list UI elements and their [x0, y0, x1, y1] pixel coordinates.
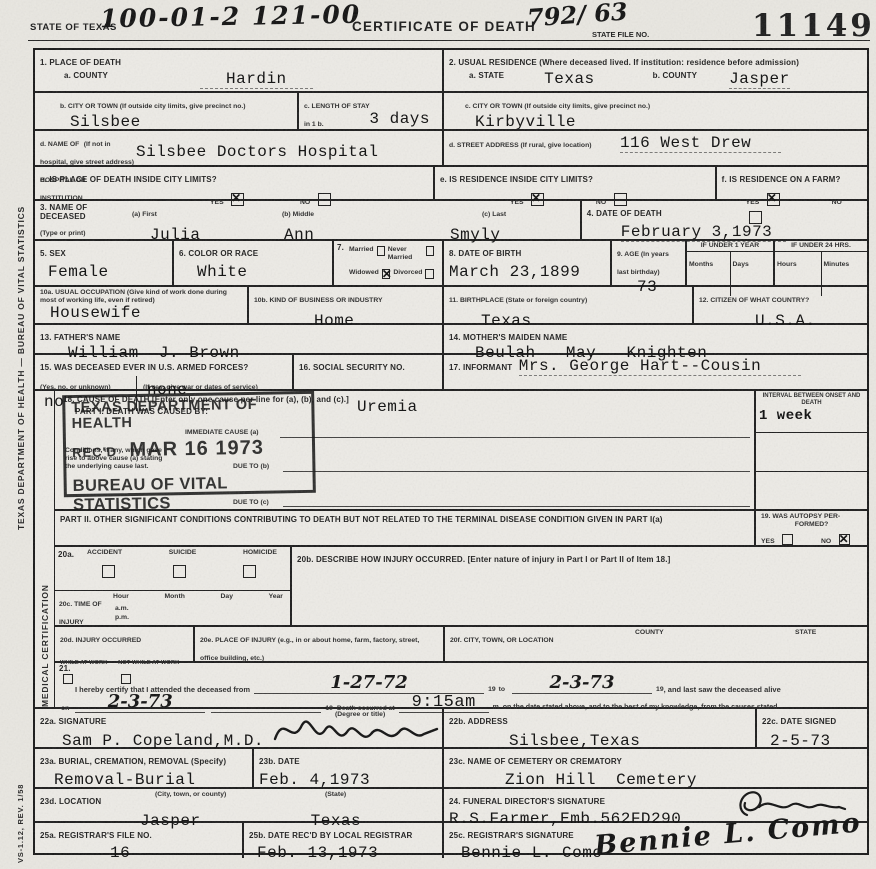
field-marital-status: 7. Married Never Married Widowed Divorce…	[332, 241, 442, 285]
field-residence-inside-limits: e. IS RESIDENCE INSIDE CITY LIMITS? YES …	[433, 167, 715, 199]
under-24-hrs-label: IF UNDER 24 HRS.	[775, 241, 867, 252]
certificate-title: CERTIFICATE OF DEATH	[352, 19, 536, 34]
row-injury-manner: 20a. ACCIDENT SUICIDE HOMICIDE	[55, 547, 867, 627]
street-address-label: d. STREET ADDRESS (If rural, give locati…	[449, 142, 592, 149]
cemetery-value: Zion Hill Cemetery	[505, 772, 862, 789]
row-armedforces-informant: 15. WAS DECEASED EVER IN U.S. ARMED FORC…	[35, 355, 867, 391]
usual-residence-label: 2. USUAL RESIDENCE (Where deceased lived…	[449, 58, 799, 67]
row-sex-race-birth: 5. SEX Female 6. COLOR OR RACE White 7. …	[35, 241, 867, 287]
field-father-name: 13. FATHER'S NAME William J. Brown	[35, 325, 442, 353]
field-place-of-death: 1. PLACE OF DEATH a. COUNTY Hardin	[35, 50, 442, 91]
field-date-of-birth: 8. DATE OF BIRTH March 23,1899	[442, 241, 610, 285]
divorced-label: Divorced	[393, 269, 422, 279]
stamp-department-line: TEXAS DEPARTMENT OF HEALTH	[71, 396, 306, 432]
yes-label: YES	[761, 538, 775, 545]
place-of-injury-label: 20e. PLACE OF INJURY (e.g., in or about …	[200, 637, 419, 662]
row-cause-of-death: 18. CAUSE OF DEATH [Enter only one cause…	[55, 391, 867, 511]
field-length-of-stay: c. LENGTH OF STAY in 1 b. 3 days	[297, 93, 442, 129]
field-injury-occurred: 20d. INJURY OCCURRED WHILE AT WORK NOT W…	[55, 627, 193, 661]
county-label: a. COUNTY	[64, 71, 108, 89]
field-residence-city: c. CITY OR TOWN (If outside city limits,…	[442, 93, 867, 129]
row-city-limits: e. IS PLACE OF DEATH INSIDE CITY LIMITS?…	[35, 167, 867, 201]
middle-name-label: (b) Middle	[282, 211, 314, 218]
field-burial-type: 23a. BURIAL, CREMATION, REMOVAL (Specify…	[35, 749, 252, 787]
certificate-form-box: 1. PLACE OF DEATH a. COUNTY Hardin 2. US…	[33, 48, 869, 855]
header-rule	[28, 40, 870, 41]
residence-state-value: Texas	[544, 71, 595, 89]
armed-forces-label: 15. WAS DECEASED EVER IN U.S. ARMED FORC…	[40, 363, 248, 372]
field-color-or-race: 6. COLOR OR RACE White	[172, 241, 332, 285]
part2-label: PART II. OTHER SIGNIFICANT CONDITIONS CO…	[60, 515, 749, 525]
date-of-death-label: 4. DATE OF DEATH	[587, 209, 662, 218]
registrar-file-label: 25a. REGISTRAR'S FILE NO.	[40, 831, 152, 840]
field-describe-injury: 20b. DESCRIBE HOW INJURY OCCURRED. [Ente…	[290, 547, 867, 625]
hospital-label-1: d. NAME OF	[40, 141, 79, 148]
row-registrar: 25a. REGISTRAR'S FILE NO. 16 25b. DATE R…	[35, 823, 867, 858]
widowed-checkbox	[382, 269, 391, 279]
month-label: Month	[164, 593, 184, 601]
under-1-year-label: IF UNDER 1 YEAR	[687, 241, 773, 252]
street-address-value: 116 West Drew	[620, 135, 781, 153]
location-note-2: (State)	[325, 791, 346, 799]
pm-label: p.m.	[115, 614, 129, 622]
business-label: 10b. KIND OF BUSINESS OR INDUSTRY	[254, 297, 383, 304]
hour-label: Hour	[113, 593, 129, 601]
no-label: NO	[821, 538, 831, 545]
date-signed-value: 2-5-73	[770, 733, 862, 750]
registrar-date-label: 25b. DATE REC'D BY LOCAL REGISTRAR	[249, 831, 412, 840]
left-margin-department-text: TEXAS DEPARTMENT OF HEALTH — BUREAU OF V…	[16, 160, 26, 530]
field-physician-signature: 22a. SIGNATURE (Degree or title) Sam P. …	[35, 709, 442, 747]
field-usual-residence: 2. USUAL RESIDENCE (Where deceased lived…	[442, 50, 867, 91]
field-mother-maiden-name: 14. MOTHER'S MAIDEN NAME Beulah May Knig…	[442, 325, 867, 353]
row-injury-place: 20d. INJURY OCCURRED WHILE AT WORK NOT W…	[55, 627, 867, 663]
field-cause-of-death: 18. CAUSE OF DEATH [Enter only one cause…	[55, 391, 754, 509]
suicide-label: SUICIDE	[169, 549, 197, 557]
informant-value: Mrs. George Hart--Cousin	[519, 358, 801, 376]
name-of-deceased-label: 3. NAME OF DECEASED	[40, 203, 110, 222]
sex-value: Female	[48, 264, 167, 281]
minutes-label: Minutes	[824, 261, 850, 268]
citizen-label: 12. CITIZEN OF WHAT COUNTRY?	[699, 297, 809, 304]
field-part2-conditions: PART II. OTHER SIGNIFICANT CONDITIONS CO…	[55, 511, 754, 545]
residence-on-farm-label: f. IS RESIDENCE ON A FARM?	[722, 175, 841, 184]
registrar-date-value: Feb. 13,1973	[257, 845, 437, 862]
field-certification-statement: 21. I hereby certify that I attended the…	[55, 663, 867, 707]
informant-label: 17. INFORMANT	[449, 363, 512, 372]
married-checkbox	[377, 246, 385, 256]
field-date-signed: 22c. DATE SIGNED 2-5-73	[755, 709, 867, 747]
days-label: Days	[733, 261, 749, 268]
immediate-cause-value: Uremia	[357, 399, 418, 416]
date-signed-label: 22c. DATE SIGNED	[762, 717, 836, 726]
interval-value: 1 week	[759, 409, 864, 424]
never-married-checkbox	[426, 246, 434, 256]
field-name-of-deceased: 3. NAME OF DECEASED (Type or print) (a) …	[35, 201, 580, 239]
stamp-recd-label: REC'D	[72, 444, 117, 460]
received-stamp: TEXAS DEPARTMENT OF HEALTH REC'D MAR 16 …	[62, 391, 316, 497]
father-name-label: 13. FATHER'S NAME	[40, 333, 120, 342]
race-value: White	[197, 264, 327, 281]
hours-label: Hours	[777, 261, 797, 268]
field-if-under-1-year: IF UNDER 1 YEAR Months Days	[685, 241, 773, 285]
armed-forces-note-1: (Yes, no, or unknown)	[40, 384, 111, 391]
date-of-birth-label: 8. DATE OF BIRTH	[449, 249, 521, 258]
physician-signature-value: Sam P. Copeland,M.D.	[62, 733, 437, 750]
location-note-1: (City, town, or county)	[155, 791, 226, 799]
marital-label: 7.	[337, 243, 344, 253]
field-death-inside-limits: e. IS PLACE OF DEATH INSIDE CITY LIMITS?…	[35, 167, 433, 199]
field-birthplace: 11. BIRTHPLACE (State or foreign country…	[442, 287, 692, 323]
accident-label: ACCIDENT	[87, 549, 122, 557]
address-label: 22b. ADDRESS	[449, 717, 508, 726]
row-part2-autopsy: PART II. OTHER SIGNIFICANT CONDITIONS CO…	[55, 511, 867, 547]
occupation-label: 10a. USUAL OCCUPATION (Give kind of work…	[40, 289, 240, 305]
field-residence-on-farm: f. IS RESIDENCE ON A FARM? YES NO	[715, 167, 867, 199]
degree-or-title-note: (Degree or title)	[335, 711, 385, 719]
state-file-no-label: STATE FILE NO.	[592, 30, 649, 39]
field-injury-city: 20f. CITY, TOWN, OR LOCATION COUNTY STAT…	[443, 627, 867, 661]
describe-injury-label: 20b. DESCRIBE HOW INJURY OCCURRED. [Ente…	[297, 555, 670, 564]
first-name-label: (a) First	[132, 211, 157, 218]
row-burial: 23a. BURIAL, CREMATION, REMOVAL (Specify…	[35, 749, 867, 789]
homicide-label: HOMICIDE	[243, 549, 277, 557]
handwritten-file-number: 792/ 63	[526, 0, 628, 32]
field-autopsy: 19. WAS AUTOPSY PER- FORMED? YES NO	[754, 511, 867, 545]
row-name-dateofdeath: 3. NAME OF DECEASED (Type or print) (a) …	[35, 201, 867, 241]
field-interval-onset-death: INTERVAL BETWEEN ONSET AND DEATH 1 week	[754, 391, 867, 509]
ssn-label: 16. SOCIAL SECURITY NO.	[299, 363, 405, 372]
field-city-of-death: b. CITY OR TOWN (If outside city limits,…	[35, 93, 297, 129]
field-usual-occupation: 10a. USUAL OCCUPATION (Give kind of work…	[35, 287, 247, 323]
year-label: Year	[269, 593, 283, 601]
death-inside-limits-label: e. IS PLACE OF DEATH INSIDE CITY LIMITS?	[40, 175, 217, 184]
registrar-file-value: 16	[110, 845, 237, 862]
residence-state-label: a. STATE	[469, 71, 504, 89]
never-married-label: Never Married	[388, 246, 423, 262]
field-if-under-24-hrs: IF UNDER 24 HRS. Hours Minutes	[773, 241, 867, 285]
length-of-stay-value: 3 days	[369, 111, 430, 128]
day-label: Day	[221, 593, 233, 601]
field-kind-of-business: 10b. KIND OF BUSINESS OR INDUSTRY Home	[247, 287, 442, 323]
due-to-c-line	[283, 506, 750, 507]
length-of-stay-note: in 1 b.	[304, 121, 324, 128]
field-burial-date: 23b. DATE Feb. 4,1973	[252, 749, 442, 787]
row-parents: 13. FATHER'S NAME William J. Brown 14. M…	[35, 325, 867, 355]
field-cemetery-name: 23c. NAME OF CEMETERY OR CREMATORY Zion …	[442, 749, 867, 787]
residence-inside-limits-label: e. IS RESIDENCE INSIDE CITY LIMITS?	[440, 175, 593, 184]
time-of-injury-label: 20c. TIME OF	[59, 601, 102, 608]
burial-date-value: Feb. 4,1973	[259, 772, 437, 789]
date-of-death-value: February 3,1973	[621, 224, 787, 242]
suicide-checkbox	[173, 565, 186, 578]
field-burial-location: 23d. LOCATION (City, town, or county) (S…	[35, 789, 442, 821]
length-of-stay-label: c. LENGTH OF STAY	[304, 103, 370, 110]
field-informant: 17. INFORMANT Mrs. George Hart--Cousin	[442, 355, 867, 389]
occupation-value: Housewife	[50, 305, 242, 322]
married-label: Married	[349, 246, 374, 262]
signature-label: 22a. SIGNATURE	[40, 717, 106, 726]
injury-occurred-label: 20d. INJURY OCCURRED	[60, 637, 141, 644]
field-physician-address: 22b. ADDRESS Silsbee,Texas	[442, 709, 755, 747]
cemetery-label: 23c. NAME OF CEMETERY OR CREMATORY	[449, 757, 622, 766]
field-date-of-death: 4. DATE OF DEATH February 3,1973	[580, 201, 867, 239]
field-citizen-country: 12. CITIZEN OF WHAT COUNTRY? U.S.A.	[692, 287, 867, 323]
field-street-address: d. STREET ADDRESS (If rural, give locati…	[442, 131, 867, 165]
row-certification-statement: 21. I hereby certify that I attended the…	[55, 663, 867, 707]
autopsy-yes-checkbox	[782, 534, 793, 545]
immediate-cause-line	[280, 437, 750, 438]
time-of-injury-label-2: INJURY	[59, 619, 84, 626]
type-or-print-note: (Type or print)	[40, 230, 86, 237]
field-registrar-signature: 25c. REGISTRAR'S SIGNATURE Bennie L. Com…	[442, 823, 867, 858]
residence-city-label: c. CITY OR TOWN (If outside city limits,…	[465, 103, 650, 110]
interval-cell-b	[756, 433, 867, 472]
field-registrar-file-no: 25a. REGISTRAR'S FILE NO. 16	[35, 823, 242, 858]
field-hospital: d. NAME OF (If not in hospital, give str…	[35, 131, 442, 165]
place-of-death-label: 1. PLACE OF DEATH	[40, 58, 121, 67]
autopsy-label-2: FORMED?	[761, 521, 862, 529]
stamp-bureau-line: BUREAU OF VITAL STATISTICS	[73, 473, 308, 515]
city-of-death-value: Silsbee	[70, 114, 292, 131]
burial-date-label: 23b. DATE	[259, 757, 300, 766]
autopsy-no-checkbox	[839, 534, 850, 545]
mother-name-label: 14. MOTHER'S MAIDEN NAME	[449, 333, 567, 342]
date-of-birth-value: March 23,1899	[449, 264, 605, 281]
registrar-signature-label: 25c. REGISTRAR'S SIGNATURE	[449, 831, 574, 840]
row-place-residence: 1. PLACE OF DEATH a. COUNTY Hardin 2. US…	[35, 50, 867, 93]
county-value: Hardin	[200, 71, 313, 89]
manner-label: 20a.	[58, 550, 74, 560]
certificate-number: 11149	[752, 8, 875, 44]
location-label: 23d. LOCATION	[40, 797, 101, 806]
medical-certification-vertical-label: MEDICAL CERTIFICATION	[40, 542, 50, 707]
field-place-of-injury: 20e. PLACE OF INJURY (e.g., in or about …	[193, 627, 443, 661]
widowed-label: Widowed	[349, 269, 379, 279]
funeral-director-label: 24. FUNERAL DIRECTOR'S SIGNATURE	[449, 797, 605, 806]
medical-certification-section: 18. CAUSE OF DEATH [Enter only one cause…	[35, 391, 867, 709]
burial-value: Removal-Burial	[54, 772, 247, 789]
injury-city-label: 20f. CITY, TOWN, OR LOCATION	[450, 637, 554, 644]
field-social-security-no: 16. SOCIAL SECURITY NO.	[292, 355, 442, 389]
injury-county-label: COUNTY	[635, 629, 664, 637]
divorced-checkbox	[425, 269, 434, 279]
last-name-label: (c) Last	[482, 211, 506, 218]
field-manner-checkboxes: 20a. ACCIDENT SUICIDE HOMICIDE	[55, 547, 290, 625]
homicide-checkbox	[243, 565, 256, 578]
handwritten-registration-code: 100-01-2 121-00	[100, 0, 362, 33]
residence-county-value: Jasper	[729, 71, 790, 89]
field-registrar-date: 25b. DATE REC'D BY LOCAL REGISTRAR Feb. …	[242, 823, 442, 858]
row-city-stay: b. CITY OR TOWN (If outside city limits,…	[35, 93, 867, 131]
am-label: a.m.	[115, 605, 129, 613]
due-to-b-line	[283, 471, 750, 472]
death-certificate-scan: STATE OF TEXAS 100-01-2 121-00 CERTIFICA…	[0, 0, 876, 869]
field-sex: 5. SEX Female	[35, 241, 172, 285]
age-label: 9. AGE (In years last birthday)	[617, 251, 669, 276]
row-hospital-street: d. NAME OF (If not in hospital, give str…	[35, 131, 867, 167]
physician-address-value: Silsbee,Texas	[509, 733, 750, 750]
field-age: 9. AGE (In years last birthday) 73	[610, 241, 685, 285]
field-armed-forces: 15. WAS DECEASED EVER IN U.S. ARMED FORC…	[35, 355, 292, 389]
interval-label: INTERVAL BETWEEN ONSET AND DEATH	[759, 393, 864, 407]
race-label: 6. COLOR OR RACE	[179, 249, 258, 258]
residence-county-label: b. COUNTY	[653, 71, 697, 89]
accident-checkbox	[102, 565, 115, 578]
stamp-date: MAR 16 1973	[129, 436, 264, 460]
months-label: Months	[689, 261, 713, 268]
residence-city-value: Kirbyville	[475, 114, 862, 131]
birthplace-label: 11. BIRTHPLACE (State or foreign country…	[449, 297, 587, 304]
certify-item-label: 21.	[59, 664, 71, 674]
autopsy-label: 19. WAS AUTOPSY PER-	[761, 513, 862, 521]
row-physician-signature: 22a. SIGNATURE (Degree or title) Sam P. …	[35, 709, 867, 749]
city-of-death-label: b. CITY OR TOWN (If outside city limits,…	[60, 103, 246, 110]
injury-state-label: STATE	[795, 629, 816, 637]
form-code-vertical: VS-1.12, REV. 1/58	[16, 768, 25, 863]
row-occupation-birthplace: 10a. USUAL OCCUPATION (Give kind of work…	[35, 287, 867, 325]
sex-label: 5. SEX	[40, 249, 66, 258]
burial-label: 23a. BURIAL, CREMATION, REMOVAL (Specify…	[40, 757, 226, 766]
hospital-value: Silsbee Doctors Hospital	[136, 144, 378, 161]
